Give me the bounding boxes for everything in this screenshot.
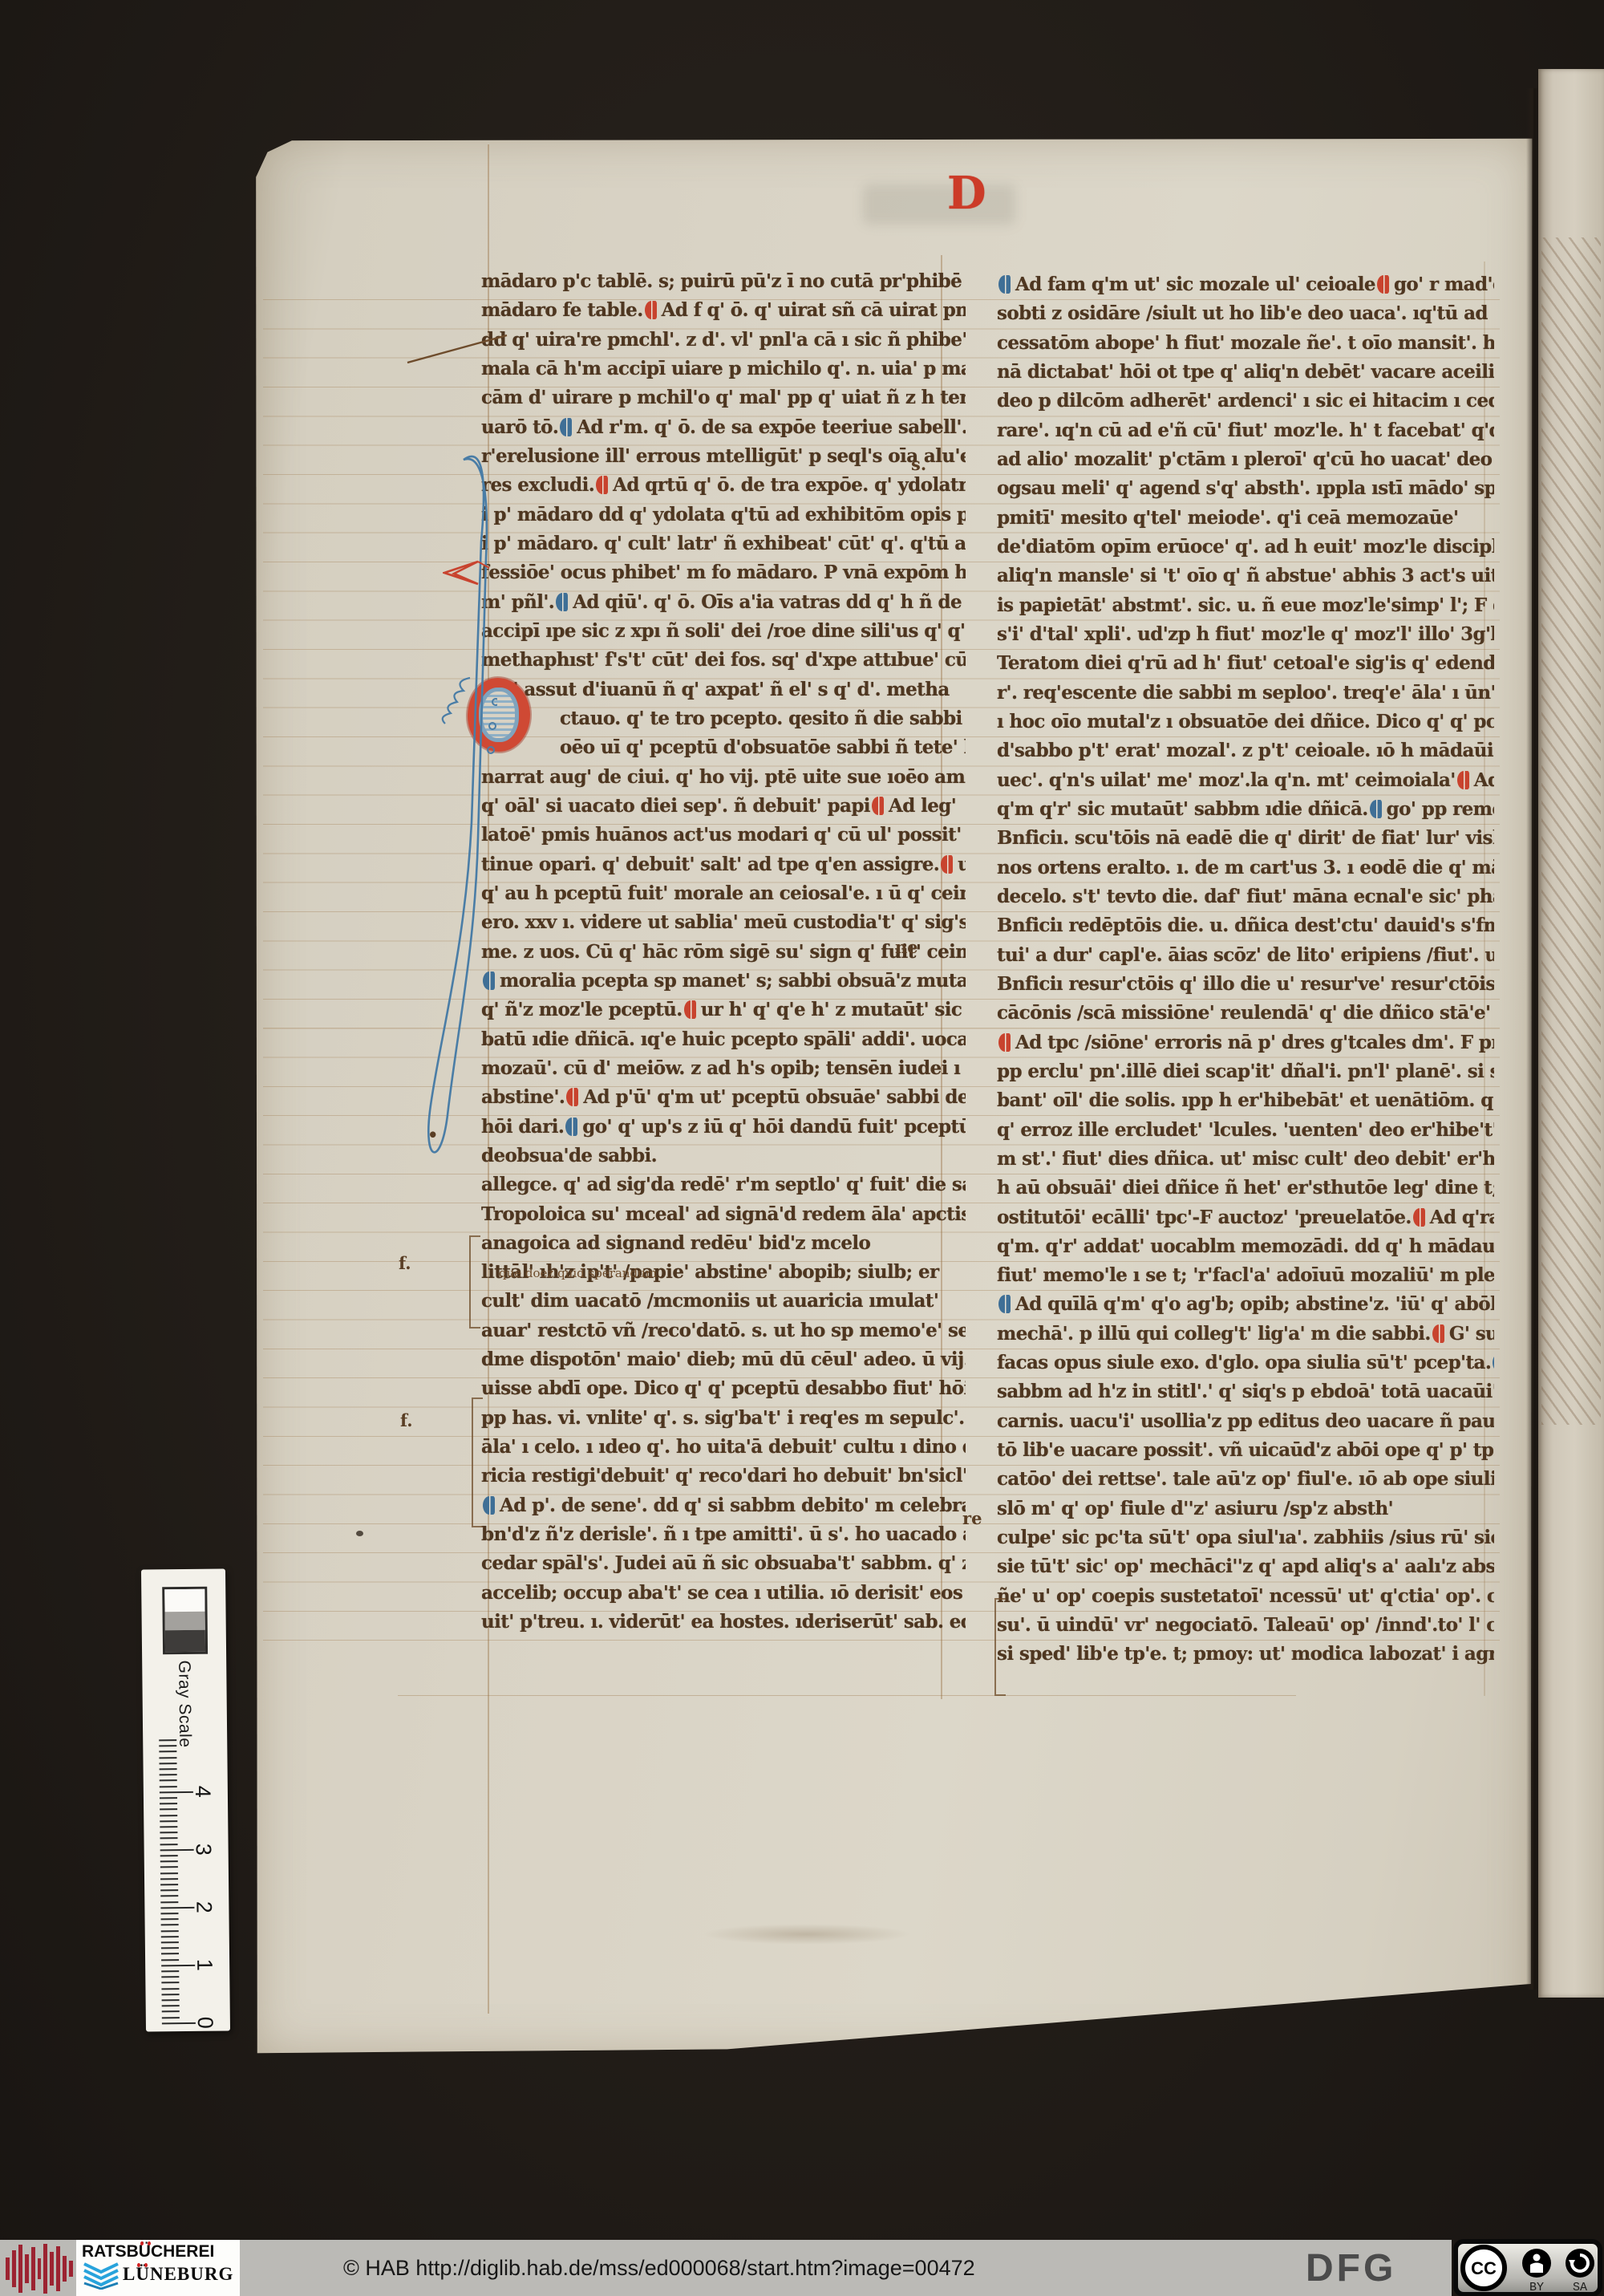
manuscript-line: decelo. s't' tevto die. daf' fiut' māna … — [997, 882, 1494, 911]
manuscript-line: methaphıst' f's't' cūt' dei fos. sq' d'x… — [481, 646, 966, 675]
bottom-ruling-line — [398, 1695, 1296, 1696]
ruler-minor-tick — [161, 1924, 179, 1925]
ruler-minor-tick — [161, 1953, 179, 1954]
red-pilcrow-mark — [1432, 1324, 1444, 1343]
manuscript-line: bn'd'z ñ'z derisle'. ñ ı tpe amitti'. ū … — [481, 1520, 966, 1549]
city-umlaut: Ü — [136, 2264, 150, 2284]
manuscript-line: Ad quīlā q'm' q'o ag'b; opib; abstine'z.… — [997, 1290, 1494, 1319]
manuscript-line: tinue opari. q' debuit' salt' ad tpe q'e… — [481, 850, 966, 879]
manuscript-line: sie tū't' sic' op' mechāci''z q' apd ali… — [997, 1552, 1494, 1581]
ruler-minor-tick — [161, 1970, 179, 1972]
blue-pilcrow-mark — [1493, 1353, 1494, 1372]
manuscript-line: r'. req'escente die sabbi m seploo'. tre… — [997, 679, 1494, 708]
marginal-stroke — [406, 327, 510, 367]
ruler-minor-tick — [160, 1768, 177, 1770]
library-bars-logo — [6, 2245, 73, 2293]
manuscript-line: pp erclu' pn'.illē diei scap'it' dñal'i.… — [997, 1057, 1494, 1086]
manuscript-line: tui' a dur' capl'e. āias scōz' de lito' … — [997, 941, 1494, 970]
red-pilcrow-mark — [1413, 1208, 1425, 1227]
logo-bar — [69, 2261, 73, 2277]
ruler-minor-tick — [160, 1860, 178, 1862]
manuscript-line: slō m' q' op' fiule d''z' asiuru /sp'z a… — [997, 1495, 1494, 1523]
ruler-minor-tick — [161, 1976, 179, 1978]
grayscale-calibration-ruler: Gray Scale 43210 — [141, 1568, 230, 2031]
manuscript-line: ricia restigi'debuit' q' reco'dari ho de… — [481, 1462, 966, 1491]
manuscript-line: uec'. q'n's uilat' me' moz'.la q'n. mt' … — [997, 766, 1494, 795]
manuscript-line: si sped' lib'e tp'e. t; pmoy: ut' modica… — [997, 1640, 1494, 1669]
ruler-number: 1 — [192, 1959, 217, 1971]
manuscript-line: de'diatōm opīm erūoce' q'. ad h euit' mo… — [997, 533, 1494, 562]
manuscript-line: abstine'.Ad p'ū' q'm ut' pceptū obsuāe' … — [481, 1083, 966, 1112]
blue-pilcrow-mark — [998, 1295, 1011, 1313]
red-pilcrow-mark — [684, 1000, 696, 1019]
manuscript-line: is papietāt' abstmt'. sic. u. ñ eue moz'… — [997, 591, 1494, 620]
manuscript-line: i p' mādaro. q' cult' latr' ñ exhibeat' … — [481, 529, 966, 558]
manuscript-line: q'm. q'r' addat' uocablm memozādi. dd q'… — [997, 1232, 1494, 1261]
manuscript-line: cām d' uirare p mchil'o q' mal' pp q' ui… — [481, 383, 966, 412]
running-header-letter: D — [947, 167, 986, 220]
logo-bar — [50, 2252, 54, 2286]
ruler-minor-tick — [162, 2010, 180, 2012]
manuscript-line: q' au h pceptū fuit' morale an ceiosal'e… — [481, 879, 966, 908]
ruler-minor-tick — [162, 2017, 180, 2018]
manuscript-line: ogsau meli' q' agend s'q' absth'. ıppla … — [997, 474, 1494, 503]
manuscript-line: uarō tō.Ad r'm. q' ō. de sa expōe teeriu… — [481, 413, 966, 442]
red-pilcrow-mark — [596, 476, 608, 494]
manuscript-line: fiut' memo'le ı se t; 'r'facl'a' adoīuū … — [997, 1261, 1494, 1290]
margin-brace — [469, 1235, 480, 1329]
manuscript-line: dme dispotōn' maio' dieb; mū dū cēul' ad… — [481, 1345, 966, 1374]
manuscript-line: nā dictabat' hōi ot tpe q' aliq'n debēt'… — [997, 358, 1494, 387]
interlinear-gloss: que doez quid sperandum — [499, 1266, 657, 1280]
manuscript-line: Ad fam q'm ut' sic mozale ul' ceioalego'… — [997, 270, 1494, 299]
ruler-minor-tick — [160, 1774, 177, 1775]
blue-pilcrow-mark — [560, 418, 572, 436]
blue-pilcrow-mark — [998, 275, 1011, 294]
ruler-minor-tick — [160, 1901, 178, 1903]
logo-bar — [18, 2245, 22, 2293]
ruler-minor-tick — [160, 1780, 177, 1782]
manuscript-line: hōi dari.go' q' up's z iū q' hōi dandū f… — [481, 1113, 966, 1142]
logo-bar — [38, 2258, 42, 2279]
manuscript-line: mechā'. p illū qui colleg't' lig'a' m di… — [997, 1320, 1494, 1349]
manuscript-line: sabbm ad h'z in stitl'.' q' siq's p ebdo… — [997, 1377, 1494, 1406]
ruler-minor-tick — [161, 1930, 179, 1932]
ruler-minor-tick — [161, 1918, 179, 1920]
ruler-minor-tick — [161, 1936, 179, 1937]
manuscript-page: D mādaro p'c tablē. s; puirū pū'z ī no c… — [253, 135, 1533, 2057]
patch-gray — [165, 1612, 205, 1631]
manuscript-line: res excludi.Ad qrtū q' ō. de tra expōe. … — [481, 471, 966, 500]
manuscript-line: deo p dilcōm adherēt' ardenci' ı sic ei … — [997, 387, 1494, 416]
ruler-minor-tick — [162, 1999, 180, 2001]
red-pilcrow-mark — [872, 797, 884, 815]
manuscript-line: mozaū'. cū d' meiōw. z ad h's opib; tens… — [481, 1054, 966, 1083]
margin-note: re — [962, 1508, 982, 1528]
city-pre: L — [123, 2264, 136, 2284]
manuscript-line: auar' restctō vñ /reco'datō. s. ut ho sp… — [481, 1316, 966, 1345]
manuscript-line: ı hoc oīo mutal'z ı obsuatōe dei dñice. … — [997, 708, 1494, 736]
ruler-number: 2 — [191, 1901, 216, 1913]
red-pilcrow-mark — [1377, 275, 1389, 294]
manuscript-line: cācōnis /scā missiōne' reulendā' q' die … — [997, 999, 1494, 1028]
manuscript-line: accipī ıpe sic z xpı ñ soli' dei /roe di… — [481, 617, 966, 646]
manuscript-line: ad alio' mozalit' p'ctām ı pleroī' q'cū … — [997, 445, 1494, 474]
manuscript-line: q' ñ'z moz'le pceptū.ur h' q' q'e h' z m… — [481, 996, 966, 1024]
ruler-minor-tick — [160, 1826, 177, 1827]
manuscript-line: r'erelusione ill' errous mtelligūt' p se… — [481, 442, 966, 471]
open-book-icon — [83, 2262, 119, 2290]
manuscript-line: mala cā h'm accipī uiare p michilo q'. n… — [481, 355, 966, 383]
margin-note: • — [427, 1125, 438, 1145]
manuscript-line: facas opus siule exo. d'glo. opa siulia … — [997, 1349, 1494, 1377]
manuscript-line: bant' oīl' die solis. ıpp h er'hibebāt' … — [997, 1086, 1494, 1115]
library-name-post: CHEREI — [151, 2242, 214, 2261]
manuscript-line: Tropoloica su' mceal' ad signā'd redem ā… — [481, 1200, 966, 1229]
ruler-major-tick — [160, 1849, 194, 1851]
ruler-minor-tick — [160, 1844, 178, 1845]
manuscript-line: d'sabbo p't' erat' mozal'. z p't' ceioal… — [997, 736, 1494, 765]
grayscale-patches — [162, 1587, 208, 1655]
ratsbuecherei-logo: RATSBÜCHEREI LÜNEBURG — [76, 2240, 240, 2296]
red-pilcrow-mark — [1457, 771, 1469, 789]
ruler-minor-tick — [160, 1809, 177, 1811]
manuscript-line: cedar spāl's'. Judei aū ñ sic obsuaba't'… — [481, 1549, 966, 1578]
blue-pilcrow-mark — [483, 1496, 495, 1515]
manuscript-line: fessiōe' ocus phibet' m fo mādaro. P vnā… — [481, 558, 966, 587]
photograph-background: D mādaro p'c tablē. s; puirū pū'z ī no c… — [0, 0, 1604, 2296]
blue-pen-flourish — [401, 437, 497, 1223]
ruler-minor-tick — [160, 1855, 178, 1856]
manuscript-line: m st'.' fiut' dies dñica. ut' misc cult'… — [997, 1145, 1494, 1174]
manuscript-line: moralia pcepta sp manet' s; sabbi obsuā'… — [481, 967, 966, 996]
red-chevron-mark — [443, 560, 491, 587]
cc-letters: CC — [1471, 2258, 1497, 2278]
margin-brace — [472, 1397, 483, 1527]
ruler-minor-tick — [160, 1786, 177, 1787]
ruler-minor-tick — [159, 1739, 176, 1741]
sa-label: SA — [1573, 2281, 1587, 2294]
manuscript-line: deobsua'de sabbi. — [481, 1142, 966, 1170]
margin-note: s. — [911, 454, 926, 474]
ruler-minor-tick — [160, 1872, 178, 1874]
ruler-minor-tick — [160, 1797, 177, 1799]
facing-page-text-lines — [1541, 237, 1601, 1425]
margin-note: ne — [895, 937, 918, 957]
ruler-number: 3 — [191, 1844, 216, 1856]
ruler-minor-tick — [161, 1947, 179, 1949]
manuscript-line: allegce. q' ad sig'da redē' r'm septlo' … — [481, 1170, 966, 1199]
ruler-minor-tick — [160, 1895, 178, 1896]
sa-arrow-icon — [1566, 2249, 1594, 2278]
manuscript-line: culpe' sic pc'ta sū't' opa siul'ıa'. zab… — [997, 1523, 1494, 1552]
parchment-smudge — [703, 1924, 911, 1945]
city-post: NEBURG — [150, 2264, 233, 2284]
ruler-minor-tick — [160, 1913, 178, 1914]
red-pilcrow-mark — [566, 1088, 578, 1106]
ruler-minor-tick — [160, 1889, 178, 1891]
manuscript-line: pmitī' mesito q'tel' meiode'. q'i ceā me… — [997, 504, 1494, 533]
red-pilcrow-mark — [998, 1033, 1011, 1052]
ruler-minor-tick — [161, 1982, 179, 1983]
header-ghost-smudge — [863, 185, 1015, 225]
manuscript-line: nos ortens eralto. ı. de m cart'us 3. ı … — [997, 854, 1494, 882]
ruler-minor-tick — [160, 1837, 177, 1839]
manuscript-line: ostitutōi' ecālli' tpc'-F auctoz' 'preue… — [997, 1203, 1494, 1232]
manuscript-line: Ad tpc /siōne' erroris nā p' dres g'tcal… — [997, 1028, 1494, 1057]
manuscript-line: ctauo. q' te tro pcepto. qesito ñ die sa… — [481, 704, 966, 733]
ruler-ticks: 43210 — [141, 1568, 225, 1569]
library-city-line: LÜNEBURG — [123, 2264, 233, 2285]
library-name-line1: RATSBÜCHEREI — [82, 2242, 214, 2262]
ruler-major-tick — [160, 1791, 193, 1793]
manuscript-line: carnis. uacu'i' usollia'z pp editus deo … — [997, 1407, 1494, 1436]
margin-brace — [994, 1598, 1006, 1696]
manuscript-line: uit' p'treu. ı. viderūt' ea hostes. ıder… — [481, 1608, 966, 1637]
library-name-pre: RATSB — [82, 2242, 139, 2261]
right-text-column: Ad fam q'm ut' sic mozale ul' ceioalego'… — [997, 270, 1494, 1682]
ruler-minor-tick — [160, 1803, 177, 1804]
manuscript-line: cūt' assut d'iuanū ñ q' axpat' ñ el' s q… — [481, 675, 966, 704]
manuscript-line: ñe' u' op' coepis sustetatoī' ncessū' ut… — [997, 1582, 1494, 1611]
manuscript-line: m' pñl'.Ad qiū'. q' ō. Oīs a'ia vatras d… — [481, 588, 966, 617]
copyright-url-text: © HAB http://diglib.hab.de/mss/ed000068/… — [343, 2240, 975, 2296]
manuscript-line: cult' dim uacatō /mcmoniis ut auaricia ı… — [481, 1287, 966, 1316]
ruler-minor-tick — [160, 1884, 178, 1885]
ruler-minor-tick — [161, 1941, 179, 1943]
dfg-logo: DFG — [1306, 2240, 1396, 2296]
patch-white — [164, 1589, 205, 1612]
ruler-minor-tick — [160, 1763, 177, 1764]
manuscript-line: uisse abdī ope. Dico q' q' pceptū desabb… — [481, 1374, 966, 1403]
ruler-minor-tick — [161, 1959, 179, 1961]
logo-bar — [56, 2246, 60, 2291]
manuscript-line: q'm q'r' sic mutaūt' sabbm ıdie dñicā.go… — [997, 795, 1494, 824]
manuscript-line: aliq'n mansle' si 't' oīo q' ñ abstue' a… — [997, 562, 1494, 590]
blue-pilcrow-mark — [1370, 800, 1382, 818]
red-pilcrow-mark — [941, 855, 953, 874]
manuscript-line: mādaro p'c tablē. s; puirū pū'z ī no cut… — [481, 267, 966, 296]
manuscript-line: cessatōm abope' h fiut' mozale ñe'. t oī… — [997, 329, 1494, 358]
red-pilcrow-mark — [645, 301, 657, 319]
ruler-minor-tick — [162, 2005, 180, 2006]
left-text-column: mādaro p'c tablē. s; puirū pū'z ī no cut… — [481, 267, 966, 1647]
patch-dark — [165, 1630, 205, 1653]
manuscript-line: Teratom diei q'rū ad h' fiut' cetoal'e s… — [997, 649, 1494, 678]
library-umlaut: Ü — [139, 2242, 151, 2261]
ruler-major-tick — [162, 2022, 196, 2024]
manuscript-line: dd q' uira're pmchl'. z d'. vl' pnl'a cā… — [481, 326, 966, 355]
logo-bar — [25, 2254, 29, 2283]
manuscript-line: h aū obsuāi' diei dñice ñ het' er'sthutō… — [997, 1174, 1494, 1203]
manuscript-line: catōo' dei rettse'. tale aū'z op' fiul'e… — [997, 1465, 1494, 1494]
manuscript-line: Ad p'. de sene'. dd q' si sabbm debito' … — [481, 1491, 966, 1520]
margin-note: f. — [399, 1253, 411, 1273]
manuscript-line: i p' mādaro dd q' ydolata q'tū ad exhibi… — [481, 501, 966, 529]
manuscript-line: su'. ū uindū' vr' negociatō. Taleaū' op'… — [997, 1611, 1494, 1640]
manuscript-line: sobti z osidāre /siult ut ho lib'e deo u… — [997, 299, 1494, 328]
manuscript-line: Bnficiı redēptōis die. u. dñica dest'ctu… — [997, 911, 1494, 940]
ruler-minor-tick — [160, 1832, 177, 1833]
ruler-minor-tick — [159, 1745, 176, 1746]
manuscript-line: q' oāl' si uacato diei sep'. ñ debuit' p… — [481, 792, 966, 821]
ruler-minor-tick — [162, 1994, 180, 1995]
manuscript-line: accelib; occup aba't' se cea ı utilia. ı… — [481, 1579, 966, 1608]
manuscript-line: tō lib'e uacare possit'. vñ uicaūd'z abō… — [997, 1436, 1494, 1465]
manuscript-line: Bnficiı resur'ctōis q' illo die u' resur… — [997, 970, 1494, 999]
manuscript-line: latoē' pmis huānos act'us modari q' cū u… — [481, 821, 966, 850]
ruler-minor-tick — [161, 1988, 179, 1990]
manuscript-line: me. z uos. Cū q' hāc rōm sigē su' sign q… — [481, 938, 966, 967]
blue-pilcrow-mark — [556, 593, 568, 611]
logo-bar — [43, 2244, 47, 2294]
ruler-minor-tick — [159, 1751, 176, 1753]
manuscript-line: q' erroz ille ercludet' 'lcules. 'uenten… — [997, 1116, 1494, 1145]
manuscript-line: pp has. vi. vnlite' q'. s. sig'ba't' i r… — [481, 1404, 966, 1433]
margin-note: f. — [400, 1410, 413, 1430]
manuscript-line: anagoica ad signand redēu' bid'z mcelo — [481, 1229, 966, 1258]
logo-bar — [12, 2250, 16, 2287]
ruler-minor-tick — [160, 1866, 178, 1868]
facing-page-edge — [1538, 69, 1604, 1998]
by-label: BY — [1529, 2281, 1544, 2294]
ruler-label: Gray Scale — [174, 1660, 194, 1747]
blue-pilcrow-mark — [565, 1118, 577, 1136]
manuscript-line: batū ıdie dñicā. ıq'e huic pcepto spāli'… — [481, 1025, 966, 1054]
logo-bar — [31, 2247, 35, 2290]
logo-bar — [6, 2257, 10, 2280]
manuscript-line: rare'. ıq'n cū ad e'ñ cū' fiut' moz'le. … — [997, 416, 1494, 445]
ruler-number: 0 — [192, 2017, 217, 2029]
cc-by-sa-badge: CC BY SA — [1453, 2239, 1602, 2296]
ruler-major-tick — [161, 1965, 195, 1966]
manuscript-line: mādaro fe table.Ad f q' ō. q' uirat sñ c… — [481, 296, 966, 325]
ruler-minor-tick — [160, 1815, 177, 1816]
ruler-minor-tick — [160, 1820, 177, 1822]
manuscript-line: ero. xxv ı. videre ut sablia' meū custod… — [481, 908, 966, 937]
logo-bar — [63, 2256, 67, 2282]
ruler-minor-tick — [159, 1757, 176, 1759]
ruler-minor-tick — [160, 1878, 178, 1880]
manuscript-line: narrat aug' de ciui. q' ho vij. ptē uite… — [481, 763, 966, 792]
manuscript-line: Bnficiı. scu'tōis nā eadē die q' dirit' … — [997, 824, 1494, 853]
ruler-major-tick — [160, 1907, 194, 1909]
manuscript-line: s'i' d'tal' xpli'. ud'zp h fiut' moz'le … — [997, 620, 1494, 649]
manuscript-line: āla' ı celo. ı ıdeo q'. ho uita'ā debuit… — [481, 1433, 966, 1462]
manuscript-line: oēo uī q' pceptū d'obsuatōe sabbi ñ tete… — [481, 733, 966, 762]
ruler-number: 4 — [190, 1786, 215, 1798]
